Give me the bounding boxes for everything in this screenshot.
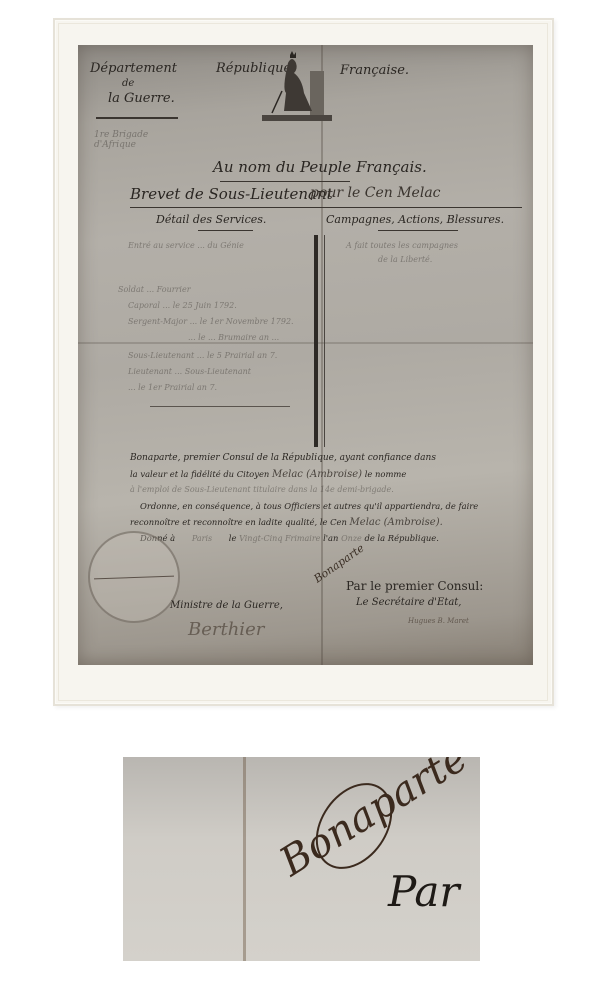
body-line-2-name: Melac (Ambroise) (272, 469, 362, 480)
body-line-1: Bonaparte, premier Consul de la Républiq… (130, 453, 436, 463)
service-entry: ... le ... Brumaire an ... (188, 333, 279, 342)
services-heading: Détail des Services. (156, 213, 266, 226)
given-at-place: Paris (192, 534, 212, 543)
minister-label: Ministre de la Guerre, (170, 600, 283, 611)
body-line-2-printed: la valeur et la fidélité du Citoyen (130, 469, 269, 479)
date-label: le (229, 533, 237, 543)
department-label-3: la Guerre. (108, 91, 175, 106)
services-end-rule (150, 406, 290, 407)
signature-detail-photo: Bonaparte Par (123, 757, 480, 961)
brevet-title-printed: Brevet de Sous-Lieutenant (130, 185, 333, 203)
campaign-entry: A fait toutes les campagnes (346, 241, 458, 250)
body-line-5-printed: reconnoître et reconnoître en ladite qua… (130, 517, 347, 527)
military-commission-document: Département de la Guerre. 1re Brigade d'… (78, 45, 533, 665)
secretary-signature: Hugues B. Maret (408, 617, 469, 625)
title-rule (130, 207, 522, 208)
campaign-entry: de la Liberté. (378, 255, 432, 264)
services-underline (198, 230, 253, 231)
detail-par-text: Par (388, 867, 460, 916)
body-line-3: à l'emploi de Sous-Lieutenant titulaire … (130, 485, 394, 494)
detail-fold (243, 757, 246, 961)
year-label: l'an (323, 533, 338, 543)
service-entry: Sergent-Major ... le 1er Novembre 1792. (128, 317, 294, 326)
horizontal-fold (78, 342, 533, 344)
service-entry: ... le 1er Prairial an 7. (128, 383, 217, 392)
body-line-5: reconnoître et reconnoître en ladite qua… (130, 517, 443, 528)
by-first-consul-label: Par le premier Consul: (346, 579, 483, 593)
brevet-title-handwritten: pour le Cen Melac (310, 185, 441, 201)
service-entry: Entré au service ... du Génie (128, 241, 244, 250)
wax-seal-impression (88, 531, 180, 623)
service-entry: Caporal ... le 25 Juin 1792. (128, 301, 237, 310)
header-rule (96, 117, 178, 119)
secretary-label: Le Secrétaire d'Etat, (356, 597, 462, 608)
service-entry: Sous-Lieutenant ... le 5 Prairial an 7. (128, 351, 277, 360)
body-line-4: Ordonne, en conséquence, à tous Officier… (140, 501, 478, 511)
campaigns-heading: Campagnes, Actions, Blessures. (326, 213, 504, 226)
service-entry: Lieutenant ... Sous-Lieutenant (128, 367, 251, 376)
department-label-1: Département (90, 61, 177, 76)
invocation-rule (220, 181, 350, 182)
liberty-figure-vignette-icon (262, 51, 332, 127)
date-value: Vingt-Cinq Frimaire (239, 534, 320, 543)
annotation-brigade: 1re Brigade d'Afrique (94, 130, 164, 150)
department-label-2: de (122, 78, 134, 89)
column-divider-thin (324, 235, 325, 447)
body-line-2: la valeur et la fidélité du Citoyen Mela… (130, 469, 406, 480)
republic-suffix: de la République. (364, 533, 438, 543)
campaigns-underline (378, 230, 458, 231)
column-divider (314, 235, 318, 447)
body-line-6: Donné à Paris le Vingt-Cinq Frimaire l'a… (140, 533, 439, 543)
body-line-5-name: Melac (Ambroise). (350, 517, 443, 528)
invocation-heading: Au nom du Peuple Français. (213, 158, 427, 176)
minister-signature: Berthier (188, 619, 264, 640)
body-line-2-end: le nomme (365, 469, 407, 479)
service-entry: Soldat ... Fourrier (118, 285, 191, 294)
republic-right: Française. (340, 63, 409, 78)
